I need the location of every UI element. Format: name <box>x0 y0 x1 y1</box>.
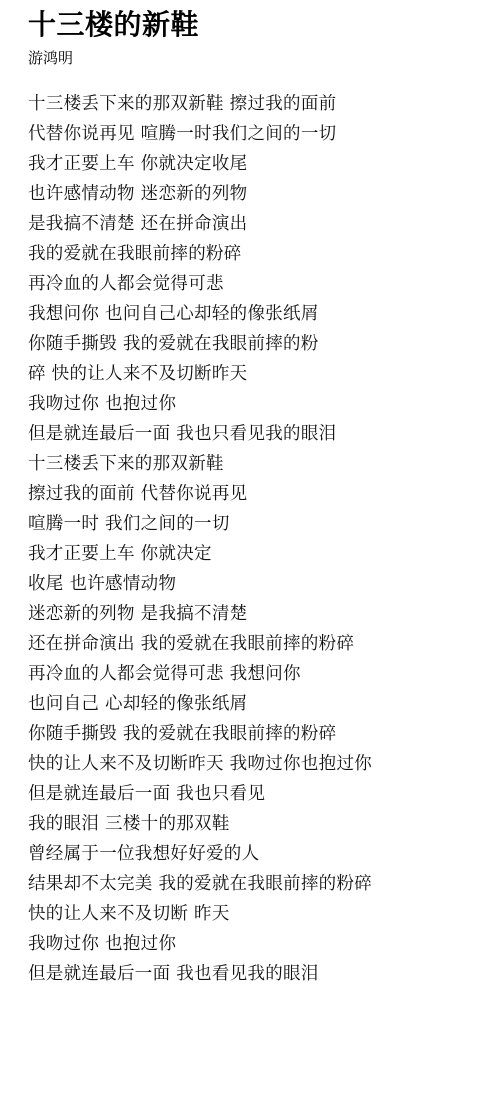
lyric-line: 我想问你 也问自己心却轻的像张纸屑 <box>28 299 480 329</box>
lyric-line: 我的爱就在我眼前摔的粉碎 <box>28 239 480 269</box>
lyric-line: 十三楼丢下来的那双新鞋 擦过我的面前 <box>28 89 480 119</box>
lyric-line: 碎 快的让人来不及切断昨天 <box>28 359 480 389</box>
lyrics: 十三楼丢下来的那双新鞋 擦过我的面前代替你说再见 喧腾一时我们之间的一切我才正要… <box>28 89 480 989</box>
lyric-line: 但是就连最后一面 我也看见我的眼泪 <box>28 959 480 989</box>
lyric-line: 再冷血的人都会觉得可悲 <box>28 269 480 299</box>
lyric-line: 但是就连最后一面 我也只看见我的眼泪 <box>28 419 480 449</box>
artist-name: 游鸿明 <box>28 48 480 68</box>
lyric-line: 也问自己 心却轻的像张纸屑 <box>28 689 480 719</box>
lyric-line: 我吻过你 也抱过你 <box>28 389 480 419</box>
lyric-line: 快的让人来不及切断昨天 我吻过你也抱过你 <box>28 749 480 779</box>
lyric-line: 我的眼泪 三楼十的那双鞋 <box>28 809 480 839</box>
lyric-line: 是我搞不清楚 还在拼命演出 <box>28 209 480 239</box>
lyric-line: 喧腾一时 我们之间的一切 <box>28 509 480 539</box>
lyric-line: 但是就连最后一面 我也只看见 <box>28 779 480 809</box>
lyric-line: 迷恋新的列物 是我搞不清楚 <box>28 599 480 629</box>
lyric-line: 结果却不太完美 我的爱就在我眼前摔的粉碎 <box>28 869 480 899</box>
lyric-line: 你随手撕毁 我的爱就在我眼前摔的粉 <box>28 329 480 359</box>
lyric-line: 我吻过你 也抱过你 <box>28 929 480 959</box>
lyrics-page: 十三楼的新鞋 游鸿明 十三楼丢下来的那双新鞋 擦过我的面前代替你说再见 喧腾一时… <box>0 0 500 989</box>
lyric-line: 你随手撕毁 我的爱就在我眼前摔的粉碎 <box>28 719 480 749</box>
lyric-line: 我才正要上车 你就决定 <box>28 539 480 569</box>
lyric-line: 曾经属于一位我想好好爱的人 <box>28 839 480 869</box>
lyric-line: 代替你说再见 喧腾一时我们之间的一切 <box>28 119 480 149</box>
lyric-line: 擦过我的面前 代替你说再见 <box>28 479 480 509</box>
lyric-line: 还在拼命演出 我的爱就在我眼前摔的粉碎 <box>28 629 480 659</box>
lyric-line: 再冷血的人都会觉得可悲 我想问你 <box>28 659 480 689</box>
lyric-line: 十三楼丢下来的那双新鞋 <box>28 449 480 479</box>
lyric-line: 收尾 也许感情动物 <box>28 569 480 599</box>
lyric-line: 我才正要上车 你就决定收尾 <box>28 149 480 179</box>
lyric-line: 也许感情动物 迷恋新的列物 <box>28 179 480 209</box>
song-title: 十三楼的新鞋 <box>28 8 480 42</box>
lyric-line: 快的让人来不及切断 昨天 <box>28 899 480 929</box>
